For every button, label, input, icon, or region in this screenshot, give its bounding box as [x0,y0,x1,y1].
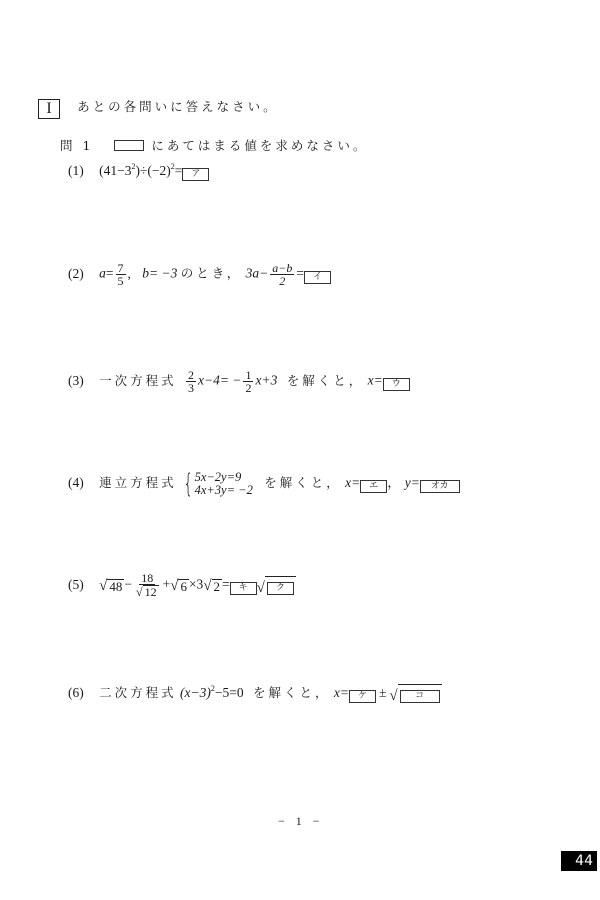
answer-box-oka[interactable]: オカ [420,480,460,493]
answer-box-ke[interactable]: ケ [349,690,376,703]
equals-sign: = [222,577,230,592]
equation-2: 4x+3y= −2 [195,484,253,497]
problem-6: (6) 二次方程式 (x−3)2−5=0 を解くと， x=ケ±√コ [68,683,442,703]
radical-icon: √ [99,579,107,593]
fraction: 18√12 [134,572,161,599]
left-brace-icon: { [183,471,193,497]
corner-page-badge: 44 [561,851,597,871]
y-equals: y= [405,475,420,490]
fraction: 12 [243,369,253,394]
problem-label: 一次方程式 [99,374,177,388]
fraction: 75 [116,262,126,287]
radical-icon: √ [257,581,265,595]
variable-a: a [99,266,106,281]
answer-box-e[interactable]: エ [360,480,387,493]
problem-number: (6) [68,685,84,700]
problem-3: (3) 一次方程式 23x−4= −12x+3 を解くと， x=ウ [68,369,410,394]
condition-text: のとき， [181,267,243,281]
problem-2: (2) a=75, b= −3 のとき， 3a−a−b2=イ [68,262,331,287]
answer-box-ko[interactable]: コ [400,690,440,703]
problem-number: (3) [68,373,84,388]
equals-sign: = [175,163,183,178]
problem-label: 二次方程式 [99,686,177,700]
numerator: 18 [139,572,155,585]
radical-icon: √ [170,579,178,593]
denominator: 2 [277,275,287,287]
equals-sign: = [296,266,304,281]
section-number-box: I [38,99,60,119]
problem-number: (4) [68,475,84,490]
expr-part: (x−3) [180,685,211,700]
separator: ， [387,475,401,490]
question-1-instruction: にあてはまる値を求めなさい。 [151,138,368,153]
sqrt-6: √6 [170,579,189,593]
radicand: 2 [212,579,223,593]
expr-part: 3a− [246,266,269,281]
sqrt-answer: √ク [257,576,296,595]
question-1-label: 問 1 [60,138,93,153]
sqrt-12: √12 [136,585,159,599]
section-instruction: あとの各問いに答えなさい。 [77,99,279,114]
problem-4: (4) 連立方程式 { 5x−2y=9 4x+3y= −2 を解くと， x=エ，… [68,471,460,497]
page-number: − 1 − [278,814,324,829]
equation-system: { 5x−2y=9 4x+3y= −2 [180,471,253,497]
problem-label: 連立方程式 [99,476,177,490]
problem-number: (2) [68,266,84,281]
solve-text: を解くと， [253,686,331,700]
operator: + [163,577,171,592]
condition-b: b= −3 [142,266,177,281]
denominator: 3 [186,382,196,394]
answer-box-i[interactable]: イ [304,271,331,284]
question-1-header: 問 1 にあてはまる値を求めなさい。 [60,136,368,154]
answer-box-u[interactable]: ウ [383,378,410,391]
operator: ×3 [189,577,203,592]
answer-box-ku[interactable]: ク [267,582,294,595]
sqrt-2: √2 [203,579,222,593]
x-equals: x= [368,373,383,388]
problem-number: (5) [68,577,84,592]
fraction: 23 [186,369,196,394]
radical-icon: √ [136,585,143,599]
section-header: I あとの各問いに答えなさい。 [38,97,279,119]
answer-box-ki[interactable]: キ [230,582,257,595]
operator: − [124,577,132,592]
expr-part: )÷(−2) [135,163,170,178]
expr-part: x+3 [255,373,277,388]
radical-icon: √ [389,689,397,703]
denominator: 5 [116,275,126,287]
radicand: 12 [143,585,159,599]
answer-box-a[interactable]: ア [182,168,209,181]
problem-1: (1) (41−32)÷(−2)2=ア [68,162,209,181]
sqrt-answer: √コ [389,684,441,703]
radical-icon: √ [203,579,211,593]
solve-text: を解くと， [287,374,365,388]
denominator: 2 [243,382,253,394]
plus-minus: ± [379,685,386,700]
x-equals: x= [334,685,349,700]
x-equals: x= [345,475,360,490]
radicand: 48 [107,579,124,593]
radicand: 6 [178,579,189,593]
problem-5: (5) √48−18√12+√6×3√2=キ√ク [68,572,296,599]
expr-part: x−4= − [198,373,241,388]
problem-number: (1) [68,163,84,178]
sqrt-48: √48 [99,579,124,593]
expr-part: (41−3 [99,163,131,178]
fraction: a−b2 [270,262,294,287]
solve-text: を解くと， [264,476,342,490]
answer-box-placeholder-icon [114,140,144,151]
expr-part: −5=0 [215,685,244,700]
